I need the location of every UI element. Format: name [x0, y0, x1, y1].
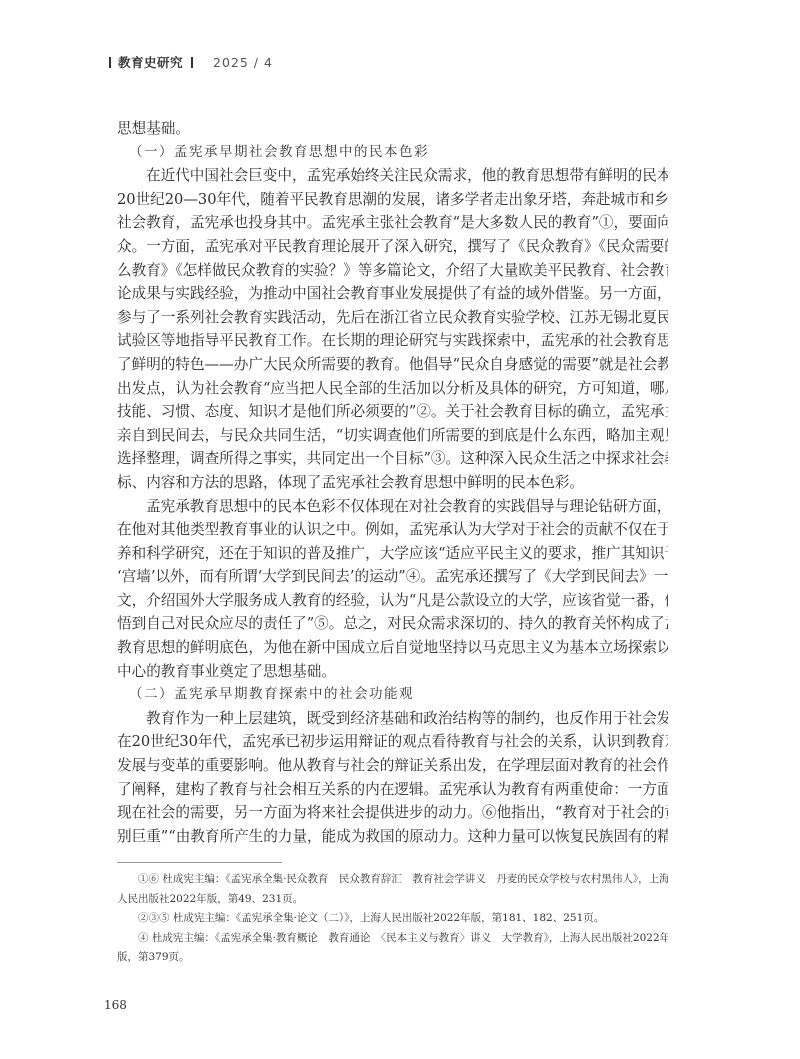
article-body: 思想基础。 （一）孟宪承早期社会教育思想中的民本色彩 在近代中国社会巨变中，孟宪… — [117, 117, 668, 848]
issue-number: 2025 / 4 — [213, 55, 273, 70]
paragraph-line: 教育作为一种上层建筑，既受到经济基础和政治结构等的制约，也反作用于社会发展。早 — [117, 707, 668, 731]
running-header: 教育史研究 2025 / 4 — [109, 52, 273, 72]
page-number: 168 — [104, 998, 127, 1012]
paragraph-line: 发展与变革的重要影响。他从教育与社会的辩证关系出发，在学理层面对教育的社会作用作… — [117, 754, 668, 778]
paragraph-line: 参与了一系列社会教育实践活动，先后在浙江省立民众教育实验学校、江苏无锡北夏民众教… — [117, 306, 668, 330]
footnote-divider — [117, 862, 282, 863]
paragraph-line: 别巨重”“由教育所产生的力量，能成为救国的原动力。这种力量可以恢复民族固有的精神… — [117, 825, 668, 849]
paragraph-line: 现在社会的需要，另一方面为将来社会提供进步的动力。⑥他指出，“教育对于社会的贡献… — [117, 801, 668, 825]
section-heading-2: （二）孟宪承早期教育探索中的社会功能观 — [117, 683, 668, 707]
paragraph-line: 文，介绍国外大学服务成人教育的经验，认为“凡是公款设立的大学，应该省觉一番，便可… — [117, 589, 668, 613]
paragraph-line: 了鲜明的特色——办广大民众所需要的教育。他倡导“民众自身感觉的需要”就是社会教育… — [117, 353, 668, 377]
paragraph-line: 养和科学研究，还在于知识的普及推广，大学应该“适应平民主义的要求，推广其知识于它… — [117, 542, 668, 566]
paragraph-line: 标、内容和方法的思路，体现了孟宪承社会教育思想中鲜明的民本色彩。 — [117, 471, 668, 495]
paragraph-line: 亲自到民间去，与民众共同生活，“切实调查他们所需要的到底是什么东西，略加主观见解… — [117, 424, 668, 448]
footnotes: ①⑥ 杜成宪主编：《孟宪承全集·民众教育 民众教育辞汇 教育社会学讲义 丹麦的民… — [117, 870, 668, 968]
footnote-line: 版，第379页。 — [117, 948, 668, 968]
paragraph-line: 么教育》《怎样做民众教育的实验？》等多篇论文，介绍了大量欧美平民教育、社会教育的… — [117, 259, 668, 283]
section-heading-1: （一）孟宪承早期社会教育思想中的民本色彩 — [117, 141, 668, 165]
paragraph-line: 20世纪20—30年代，随着平民教育思潮的发展，诸多学者走出象牙塔，奔赴城市和乡… — [117, 188, 668, 212]
paragraph-line: 选择整理，调查所得之事实，共同定出一个目标”③。这种深入民众生活之中探求社会教育… — [117, 447, 668, 471]
header-bar-right — [191, 57, 193, 68]
paragraph-line: 在他对其他类型教育事业的认识之中。例如，孟宪承认为大学对于社会的贡献不仅在于人才… — [117, 518, 668, 542]
paragraph-line: 众。一方面，孟宪承对平民教育理论展开了深入研究，撰写了《民众教育》《民众需要的是… — [117, 235, 668, 259]
paragraph-line: 教育思想的鲜明底色，为他在新中国成立后自觉地坚持以马克思主义为基本立场探索以人民… — [117, 636, 668, 660]
paragraph-line: 出发点，认为社会教育“应当把人民全部的生活加以分析及具体的研究，方可知道，哪几种 — [117, 377, 668, 401]
paragraph-line: 社会教育，孟宪承也投身其中。孟宪承主张社会教育“是大多数人民的教育”①，要面向广… — [117, 211, 668, 235]
footnote-line: 人民出版社2022年版，第49、231页。 — [117, 890, 668, 910]
paragraph-line: ‘宫墙’以外，而有所谓‘大学到民间去’的运动”④。孟宪承还撰写了《大学到民间去》… — [117, 565, 668, 589]
paragraph-line: 中心的教育事业奠定了思想基础。 — [117, 660, 668, 684]
header-bar-left — [109, 57, 111, 68]
paragraph-line: 论成果与实践经验，为推动中国社会教育事业发展提供了有益的域外借鉴。另一方面，他亲… — [117, 282, 668, 306]
journal-title: 教育史研究 — [118, 53, 183, 71]
paragraph-line: 孟宪承教育思想中的民本色彩不仅体现在对社会教育的实践倡导与理论钻研方面，还体现 — [117, 495, 668, 519]
paragraph-line: 在近代中国社会巨变中，孟宪承始终关注民众需求，他的教育思想带有鲜明的民本色彩。 — [117, 164, 668, 188]
footnote-line: ①⑥ 杜成宪主编：《孟宪承全集·民众教育 民众教育辞汇 教育社会学讲义 丹麦的民… — [117, 870, 668, 890]
paragraph-line: 思想基础。 — [117, 117, 668, 141]
footnote-line: ④ 杜成宪主编：《孟宪承全集·教育概论 教育通论 〈民本主义与教育〉讲义 大学教… — [117, 929, 668, 949]
paragraph-line: 技能、习惯、态度、知识才是他们所必须要的”②。关于社会教育目标的确立，孟宪承主张… — [117, 400, 668, 424]
paragraph-line: 在20世纪30年代，孟宪承已初步运用辩证的观点看待教育与社会的关系，认识到教育对… — [117, 730, 668, 754]
paragraph-line: 了阐释，建构了教育与社会相互关系的内在逻辑。孟宪承认为教育有两重使命：一方面要适… — [117, 778, 668, 802]
paragraph-line: 悟到自己对民众应尽的责任了”⑤。总之，对民众需求深切的、持久的教育关怀构成了孟宪… — [117, 612, 668, 636]
paragraph-line: 试验区等地指导平民教育工作。在长期的理论研究与实践探索中，孟宪承的社会教育思想形… — [117, 329, 668, 353]
footnote-line: ②③⑤ 杜成宪主编：《孟宪承全集·论文（二）》，上海人民出版社2022年版，第1… — [117, 909, 668, 929]
